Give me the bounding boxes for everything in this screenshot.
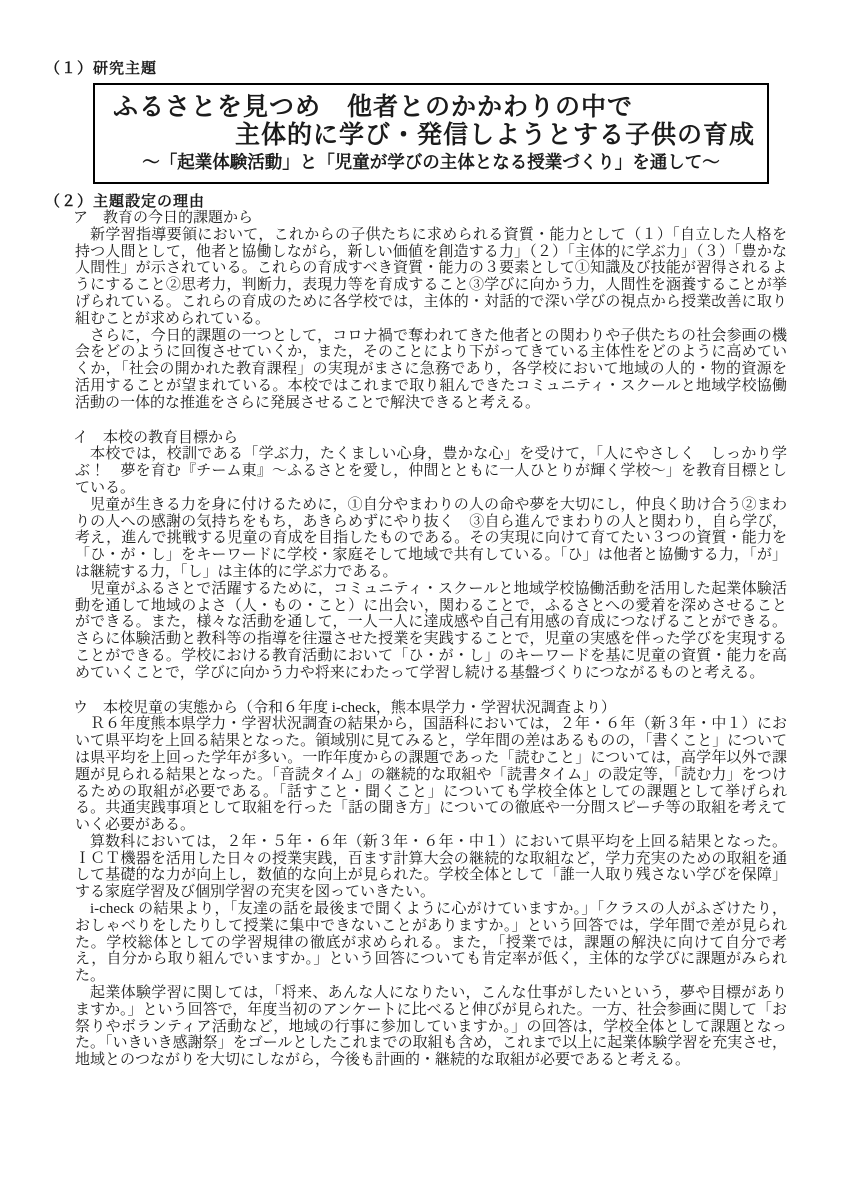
section-a-current-issues: ア 教育の今日的課題から 新学習指導要領において，これからの子供たちに求められる… [75,210,787,412]
paragraph: i-check の結果より，「友達の話を最後まで聞くように心がけていますか。」「… [75,901,787,985]
paragraph: 起業体験学習に関しては，「将来、あんな人になりたい，こんな仕事がしたいという，夢… [75,985,787,1069]
paragraph: 児童が生きる力を身に付けるために，①自分やまわりの人の命や夢を大切にし，仲良く助… [75,497,787,581]
section-a-heading: ア 教育の今日的課題から [73,210,787,227]
theme-title-line-2: 主体的に学び・発信しようとする子供の育成 [235,121,767,149]
section-i-heading: イ 本校の教育目標から [73,430,787,447]
section-u-heading: ウ 本校児童の実態から（令和６年度 i-check，熊本県学力・学習状況調査より… [73,700,787,717]
paragraph: 新学習指導要領において，これからの子供たちに求められる資質・能力として（１）「自… [75,227,787,328]
research-theme-heading: （１）研究主題 [45,57,157,78]
paragraph: さらに，今日的課題の一つとして，コロナ禍で奪われてきた他者との関わりや子供たちの… [75,328,787,412]
section-u-student-conditions: ウ 本校児童の実態から（令和６年度 i-check，熊本県学力・学習状況調査より… [75,700,787,1070]
paragraph: 本校では，校訓である「学ぶ力，たくましい心身，豊かな心」を受けて，「人にやさしく… [75,446,787,496]
section-i-school-goals: イ 本校の教育目標から 本校では，校訓である「学ぶ力，たくましい心身，豊かな心」… [75,430,787,682]
theme-subtitle: ～「起業体験活動」と「児童が学びの主体となる授業づくり」を通して～ [95,151,767,173]
paragraph: Ｒ６年度熊本県学力・学習状況調査の結果から，国語科においては，２年・６年（新３年… [75,716,787,834]
theme-title-line-1: ふるさとを見つめ 他者とのかかわりの中で [113,93,767,121]
research-theme-box: ふるさとを見つめ 他者とのかかわりの中で 主体的に学び・発信しようとする子供の育… [93,83,769,184]
paragraph: 算数科においては，２年・５年・６年（新３年・６年・中１）において県平均を上回る結… [75,834,787,901]
body-content: ア 教育の今日的課題から 新学習指導要領において，これからの子供たちに求められる… [75,210,787,1069]
paragraph: 児童がふるさとで活躍するために，コミュニティ・スクールと地域学校協働活動を活用し… [75,581,787,682]
theme-rationale-heading: （２）主題設定の理由 [45,190,205,211]
document-page: （１）研究主題 ふるさとを見つめ 他者とのかかわりの中で 主体的に学び・発信しよ… [0,0,849,1200]
